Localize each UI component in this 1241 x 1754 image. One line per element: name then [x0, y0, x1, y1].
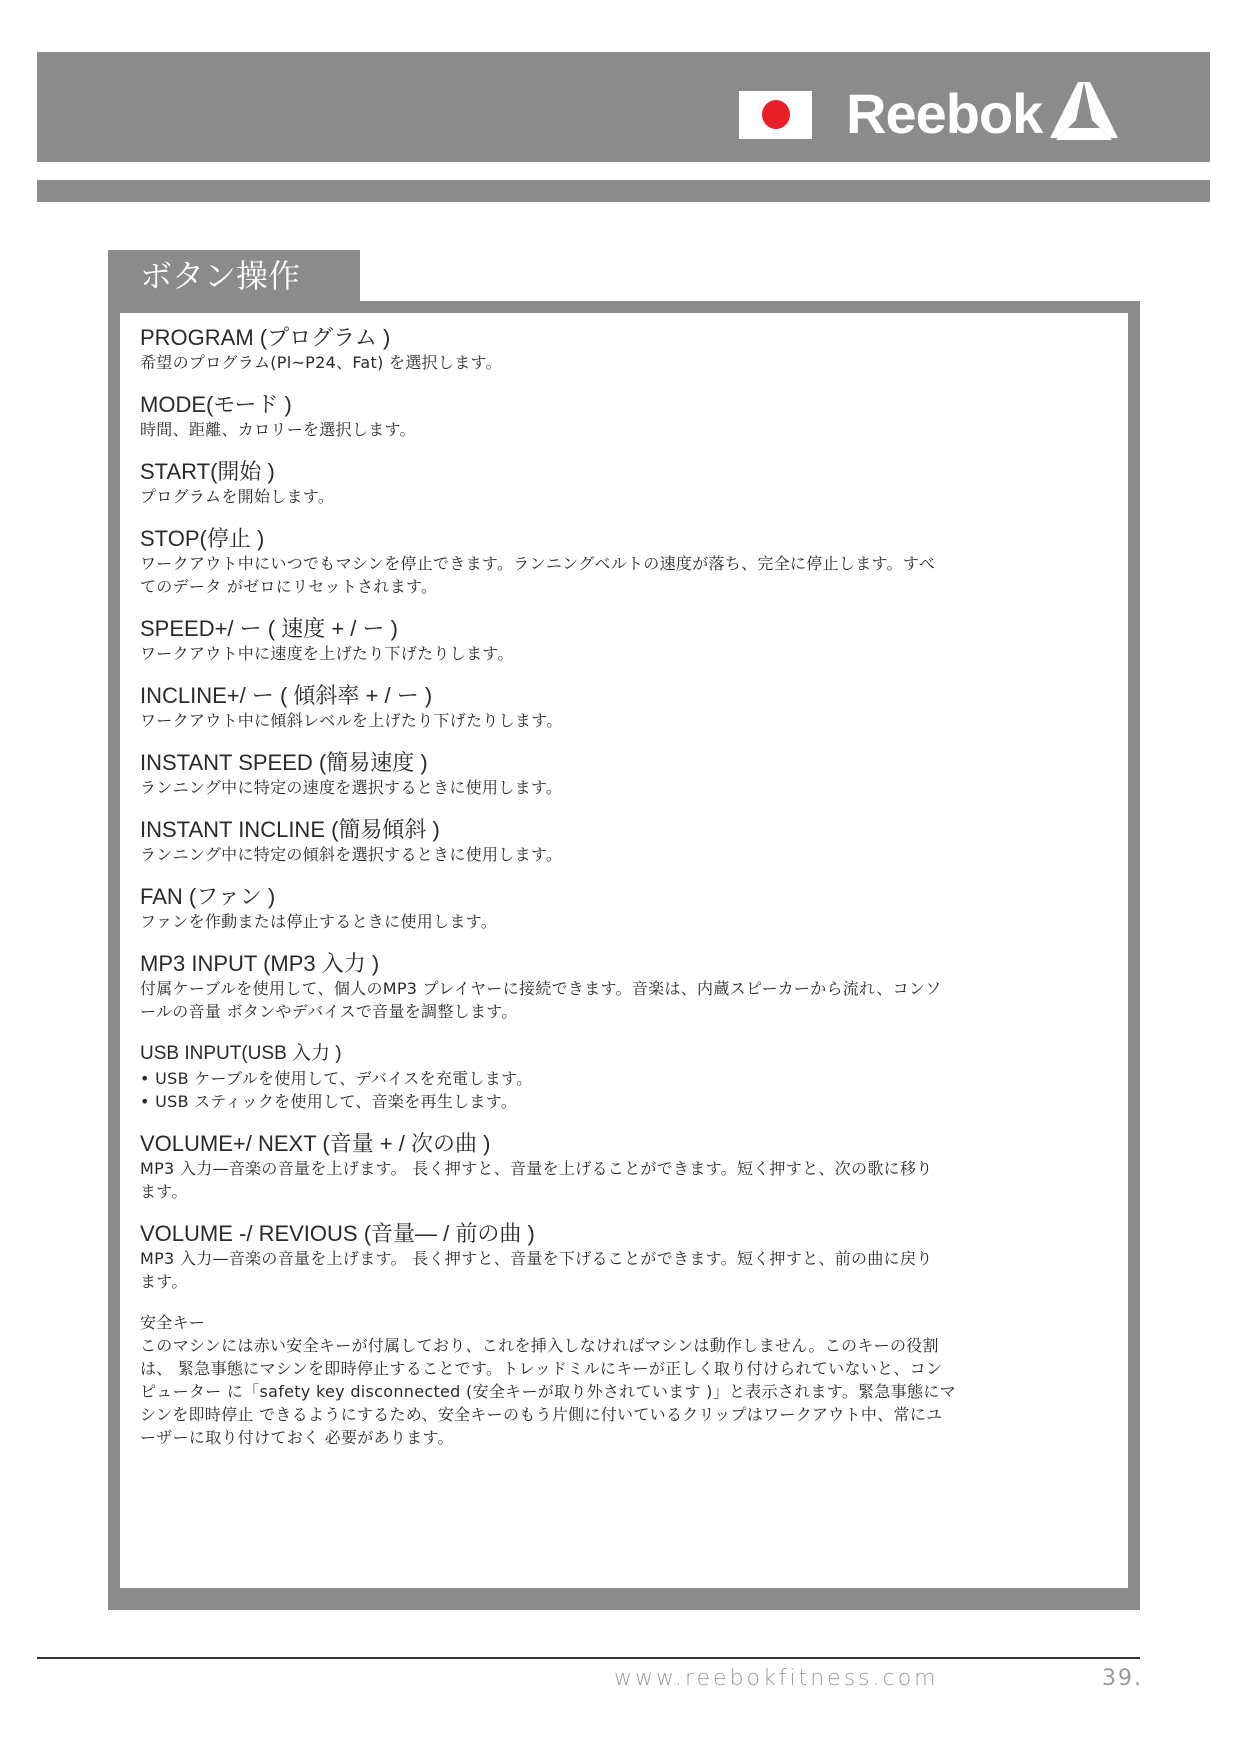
- item-desc: MP3 入力—音楽の音量を上げます。 長く押すと、音量を上げることができます。短…: [140, 1157, 1108, 1180]
- item-desc: ワークアウト中に傾斜レベルを上げたり下げたりします。: [140, 709, 1108, 732]
- item-desc: ワークアウト中に速度を上げたり下げたりします。: [140, 642, 1108, 665]
- item-desc: は、 緊急事態にマシンを即時停止することです。トレッドミルにキーが正しく取り付け…: [140, 1357, 1108, 1380]
- item-title: FAN (ファン ): [140, 884, 1108, 910]
- item-desc: 付属ケーブルを使用して、個人のMP3 プレイヤーに接続できます。音楽は、内蔵スピ…: [140, 977, 1108, 1000]
- item-incline: INCLINE+/ ー ( 傾斜率 + / ー ) ワークアウト中に傾斜レベルを…: [140, 683, 1108, 732]
- item-desc: MP3 入力—音楽の音量を上げます。 長く押すと、音量を下げることができます。短…: [140, 1247, 1108, 1270]
- item-desc: プログラムを開始します。: [140, 485, 1108, 508]
- item-mode: MODE(モード ) 時間、距離、カロリーを選択します。: [140, 392, 1108, 441]
- item-title: SPEED+/ ー ( 速度 + / ー ): [140, 616, 1108, 642]
- content-panel: PROGRAM (プログラム ) 希望のプログラム(Pl~P24、Fat) を選…: [108, 301, 1140, 1610]
- button-operations-list: PROGRAM (プログラム ) 希望のプログラム(Pl~P24、Fat) を選…: [140, 325, 1108, 1467]
- item-instant-incline: INSTANT INCLINE (簡易傾斜 ) ランニング中に特定の傾斜を選択す…: [140, 817, 1108, 866]
- item-stop: STOP(停止 ) ワークアウト中にいつでもマシンを停止できます。ランニングベル…: [140, 526, 1108, 598]
- item-desc: ランニング中に特定の速度を選択するときに使用します。: [140, 776, 1108, 799]
- flag-red-disc: [762, 100, 790, 129]
- item-title: MP3 INPUT (MP3 入力 ): [140, 951, 1108, 977]
- item-desc: ファンを作動または停止するときに使用します。: [140, 910, 1108, 933]
- page-number: 39.: [1102, 1666, 1143, 1691]
- item-fan: FAN (ファン ) ファンを作動または停止するときに使用します。: [140, 884, 1108, 933]
- item-desc: ます。: [140, 1180, 1108, 1203]
- item-title: MODE(モード ): [140, 392, 1108, 418]
- item-title: VOLUME -/ REVIOUS (音量— / 前の曲 ): [140, 1221, 1108, 1247]
- item-usb-input: USB INPUT(USB 入力 ) • USB ケーブルを使用して、デバイスを…: [140, 1041, 1108, 1113]
- item-volume-previous: VOLUME -/ REVIOUS (音量— / 前の曲 ) MP3 入力—音楽…: [140, 1221, 1108, 1293]
- item-title: USB INPUT(USB 入力 ): [140, 1041, 1108, 1067]
- item-desc: ワークアウト中にいつでもマシンを停止できます。ランニングベルトの速度が落ち、完全…: [140, 552, 1108, 575]
- item-title: PROGRAM (プログラム ): [140, 325, 1108, 351]
- header-stripe: [37, 180, 1210, 202]
- item-desc: てのデータ がゼロにリセットされます。: [140, 575, 1108, 598]
- item-desc: シンを即時停止 できるようにするため、安全キーのもう片側に付いているクリップはワ…: [140, 1403, 1108, 1426]
- item-desc: ます。: [140, 1270, 1108, 1293]
- item-title: INSTANT INCLINE (簡易傾斜 ): [140, 817, 1108, 843]
- bullet-item: • USB スティックを使用して、音楽を再生します。: [140, 1090, 1108, 1113]
- japan-flag-icon: [739, 91, 812, 139]
- section-title: ボタン操作: [140, 254, 300, 298]
- footer-url: www.reebokfitness.com: [614, 1666, 939, 1691]
- item-mp3-input: MP3 INPUT (MP3 入力 ) 付属ケーブルを使用して、個人のMP3 プ…: [140, 951, 1108, 1023]
- item-desc: 希望のプログラム(Pl~P24、Fat) を選択します。: [140, 351, 1108, 374]
- item-title: START(開始 ): [140, 459, 1108, 485]
- content-panel-inner: PROGRAM (プログラム ) 希望のプログラム(Pl~P24、Fat) を選…: [120, 313, 1128, 1588]
- item-title: 安全キー: [140, 1311, 1108, 1334]
- item-title: INSTANT SPEED (簡易速度 ): [140, 750, 1108, 776]
- item-desc: ピューター に「safety key disconnected (安全キーが取り…: [140, 1380, 1108, 1403]
- brand-name: Reebok: [846, 82, 1042, 146]
- item-title: STOP(停止 ): [140, 526, 1108, 552]
- item-title: VOLUME+/ NEXT (音量 + / 次の曲 ): [140, 1131, 1108, 1157]
- item-program: PROGRAM (プログラム ) 希望のプログラム(Pl~P24、Fat) を選…: [140, 325, 1108, 374]
- item-desc: ールの音量 ボタンやデバイスで音量を調整します。: [140, 1000, 1108, 1023]
- item-instant-speed: INSTANT SPEED (簡易速度 ) ランニング中に特定の速度を選択すると…: [140, 750, 1108, 799]
- section-tab: ボタン操作: [108, 250, 360, 308]
- item-desc: ーザーに取り付けておく 必要があります。: [140, 1426, 1108, 1449]
- reebok-delta-logo-icon: [1048, 80, 1120, 142]
- item-volume-next: VOLUME+/ NEXT (音量 + / 次の曲 ) MP3 入力—音楽の音量…: [140, 1131, 1108, 1203]
- footer-rule: [37, 1657, 1140, 1659]
- item-desc: ランニング中に特定の傾斜を選択するときに使用します。: [140, 843, 1108, 866]
- item-desc: このマシンには赤い安全キーが付属しており、これを挿入しなければマシンは動作しませ…: [140, 1334, 1108, 1357]
- bullet-item: • USB ケーブルを使用して、デバイスを充電します。: [140, 1067, 1108, 1090]
- item-desc: 時間、距離、カロリーを選択します。: [140, 418, 1108, 441]
- item-start: START(開始 ) プログラムを開始します。: [140, 459, 1108, 508]
- item-safety-key: 安全キー このマシンには赤い安全キーが付属しており、これを挿入しなければマシンは…: [140, 1311, 1108, 1449]
- item-speed: SPEED+/ ー ( 速度 + / ー ) ワークアウト中に速度を上げたり下げ…: [140, 616, 1108, 665]
- item-title: INCLINE+/ ー ( 傾斜率 + / ー ): [140, 683, 1108, 709]
